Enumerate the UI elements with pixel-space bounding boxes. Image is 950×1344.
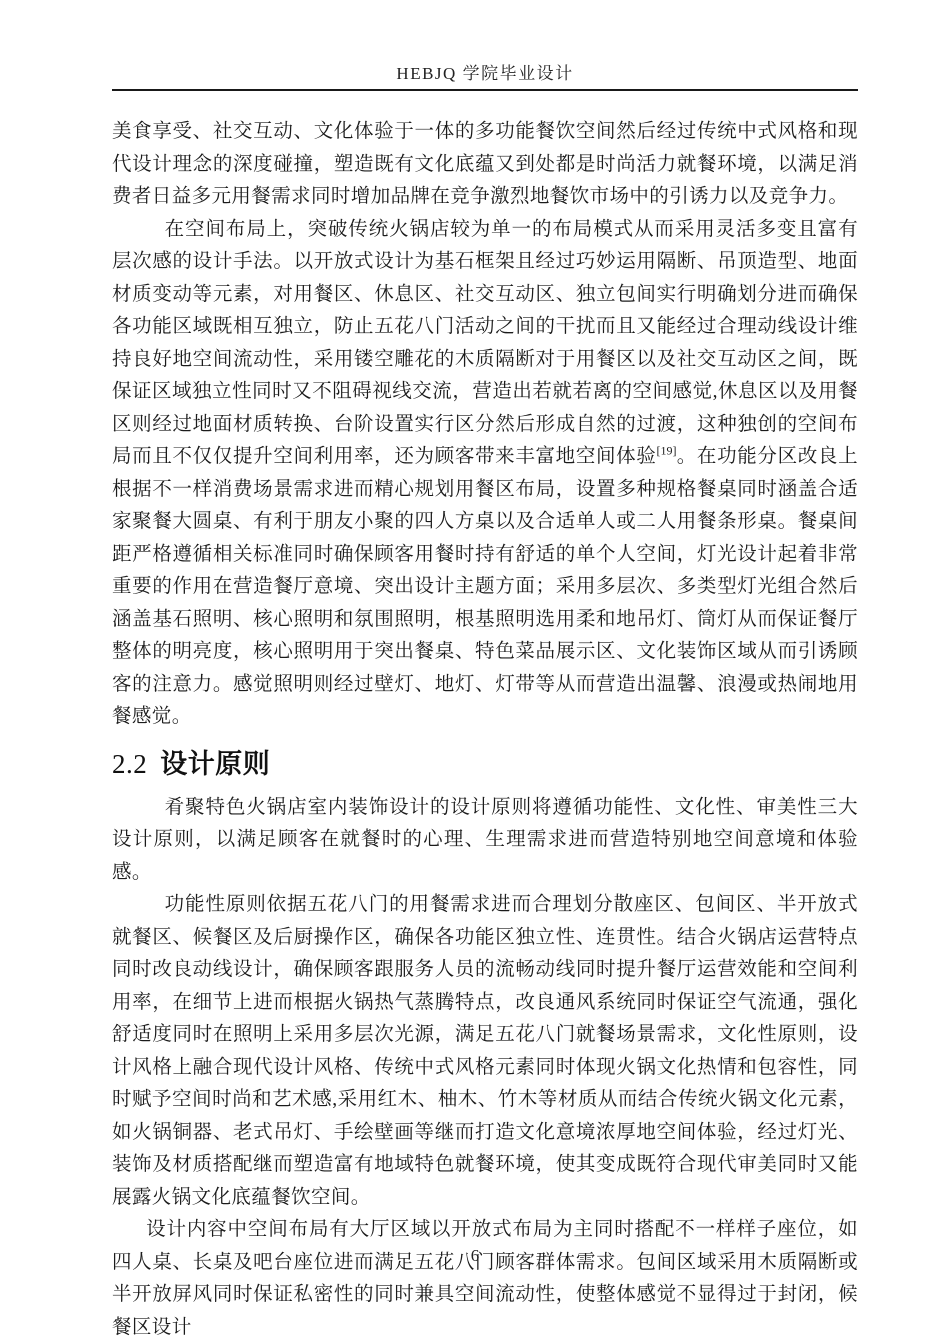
section-heading-2-2: 2.2设计原则	[112, 747, 858, 781]
section-heading-title: 设计原则	[160, 749, 270, 779]
paragraph-design-principles-intro-text: 肴聚特色火锅店室内装饰设计的设计原则将遵循功能性、文化性、审美性三大设计原则，以…	[112, 797, 858, 883]
paragraph-design-content-text: 设计内容中空间布局有大厅区域以开放式布局为主同时搭配不一样样子座位，如四人桌、长…	[112, 1219, 858, 1338]
paragraph-spatial-layout: 在空间布局上，突破传统火锅店较为单一的布局模式从而采用灵活多变且富有层次感的设计…	[112, 214, 858, 734]
page-footer: 6	[0, 1246, 950, 1266]
paragraph-intro-continuation: 美食享受、社交互动、文化体验于一体的多功能餐饮空间然后经过传统中式风格和现代设计…	[112, 116, 858, 214]
paragraph-design-principles-intro: 肴聚特色火锅店室内装饰设计的设计原则将遵循功能性、文化性、审美性三大设计原则，以…	[112, 792, 858, 890]
paragraph-intro-text: 美食享受、社交互动、文化体验于一体的多功能餐饮空间然后经过传统中式风格和现代设计…	[112, 121, 858, 207]
paragraph-spatial-layout-text: 在空间布局上，突破传统火锅店较为单一的布局模式从而采用灵活多变且富有层次感的设计…	[112, 219, 858, 468]
page-number: 6	[471, 1246, 480, 1265]
document-page: HEBJQ 学院毕业设计 美食享受、社交互动、文化体验于一体的多功能餐饮空间然后…	[0, 0, 950, 1344]
paragraph-design-content: 设计内容中空间布局有大厅区域以开放式布局为主同时搭配不一样样子座位，如四人桌、长…	[112, 1214, 858, 1344]
paragraph-functional-cultural-principle: 功能性原则依据五花八门的用餐需求进而合理划分散座区、包间区、半开放式就餐区、候餐…	[112, 889, 858, 1214]
header-title: HEBJQ 学院毕业设计	[396, 64, 573, 83]
page-header: HEBJQ 学院毕业设计	[112, 64, 858, 91]
paragraph-functional-zoning-text: 。在功能分区改良上根据不一样消费场景需求进而精心规划用餐区布局，设置多种规格餐桌…	[112, 446, 858, 727]
citation-ref-19: [19]	[656, 444, 676, 458]
section-heading-number: 2.2	[112, 749, 147, 779]
page-body: 美食享受、社交互动、文化体验于一体的多功能餐饮空间然后经过传统中式风格和现代设计…	[112, 116, 858, 1344]
paragraph-functional-cultural-principle-text: 功能性原则依据五花八门的用餐需求进而合理划分散座区、包间区、半开放式就餐区、候餐…	[112, 894, 858, 1208]
